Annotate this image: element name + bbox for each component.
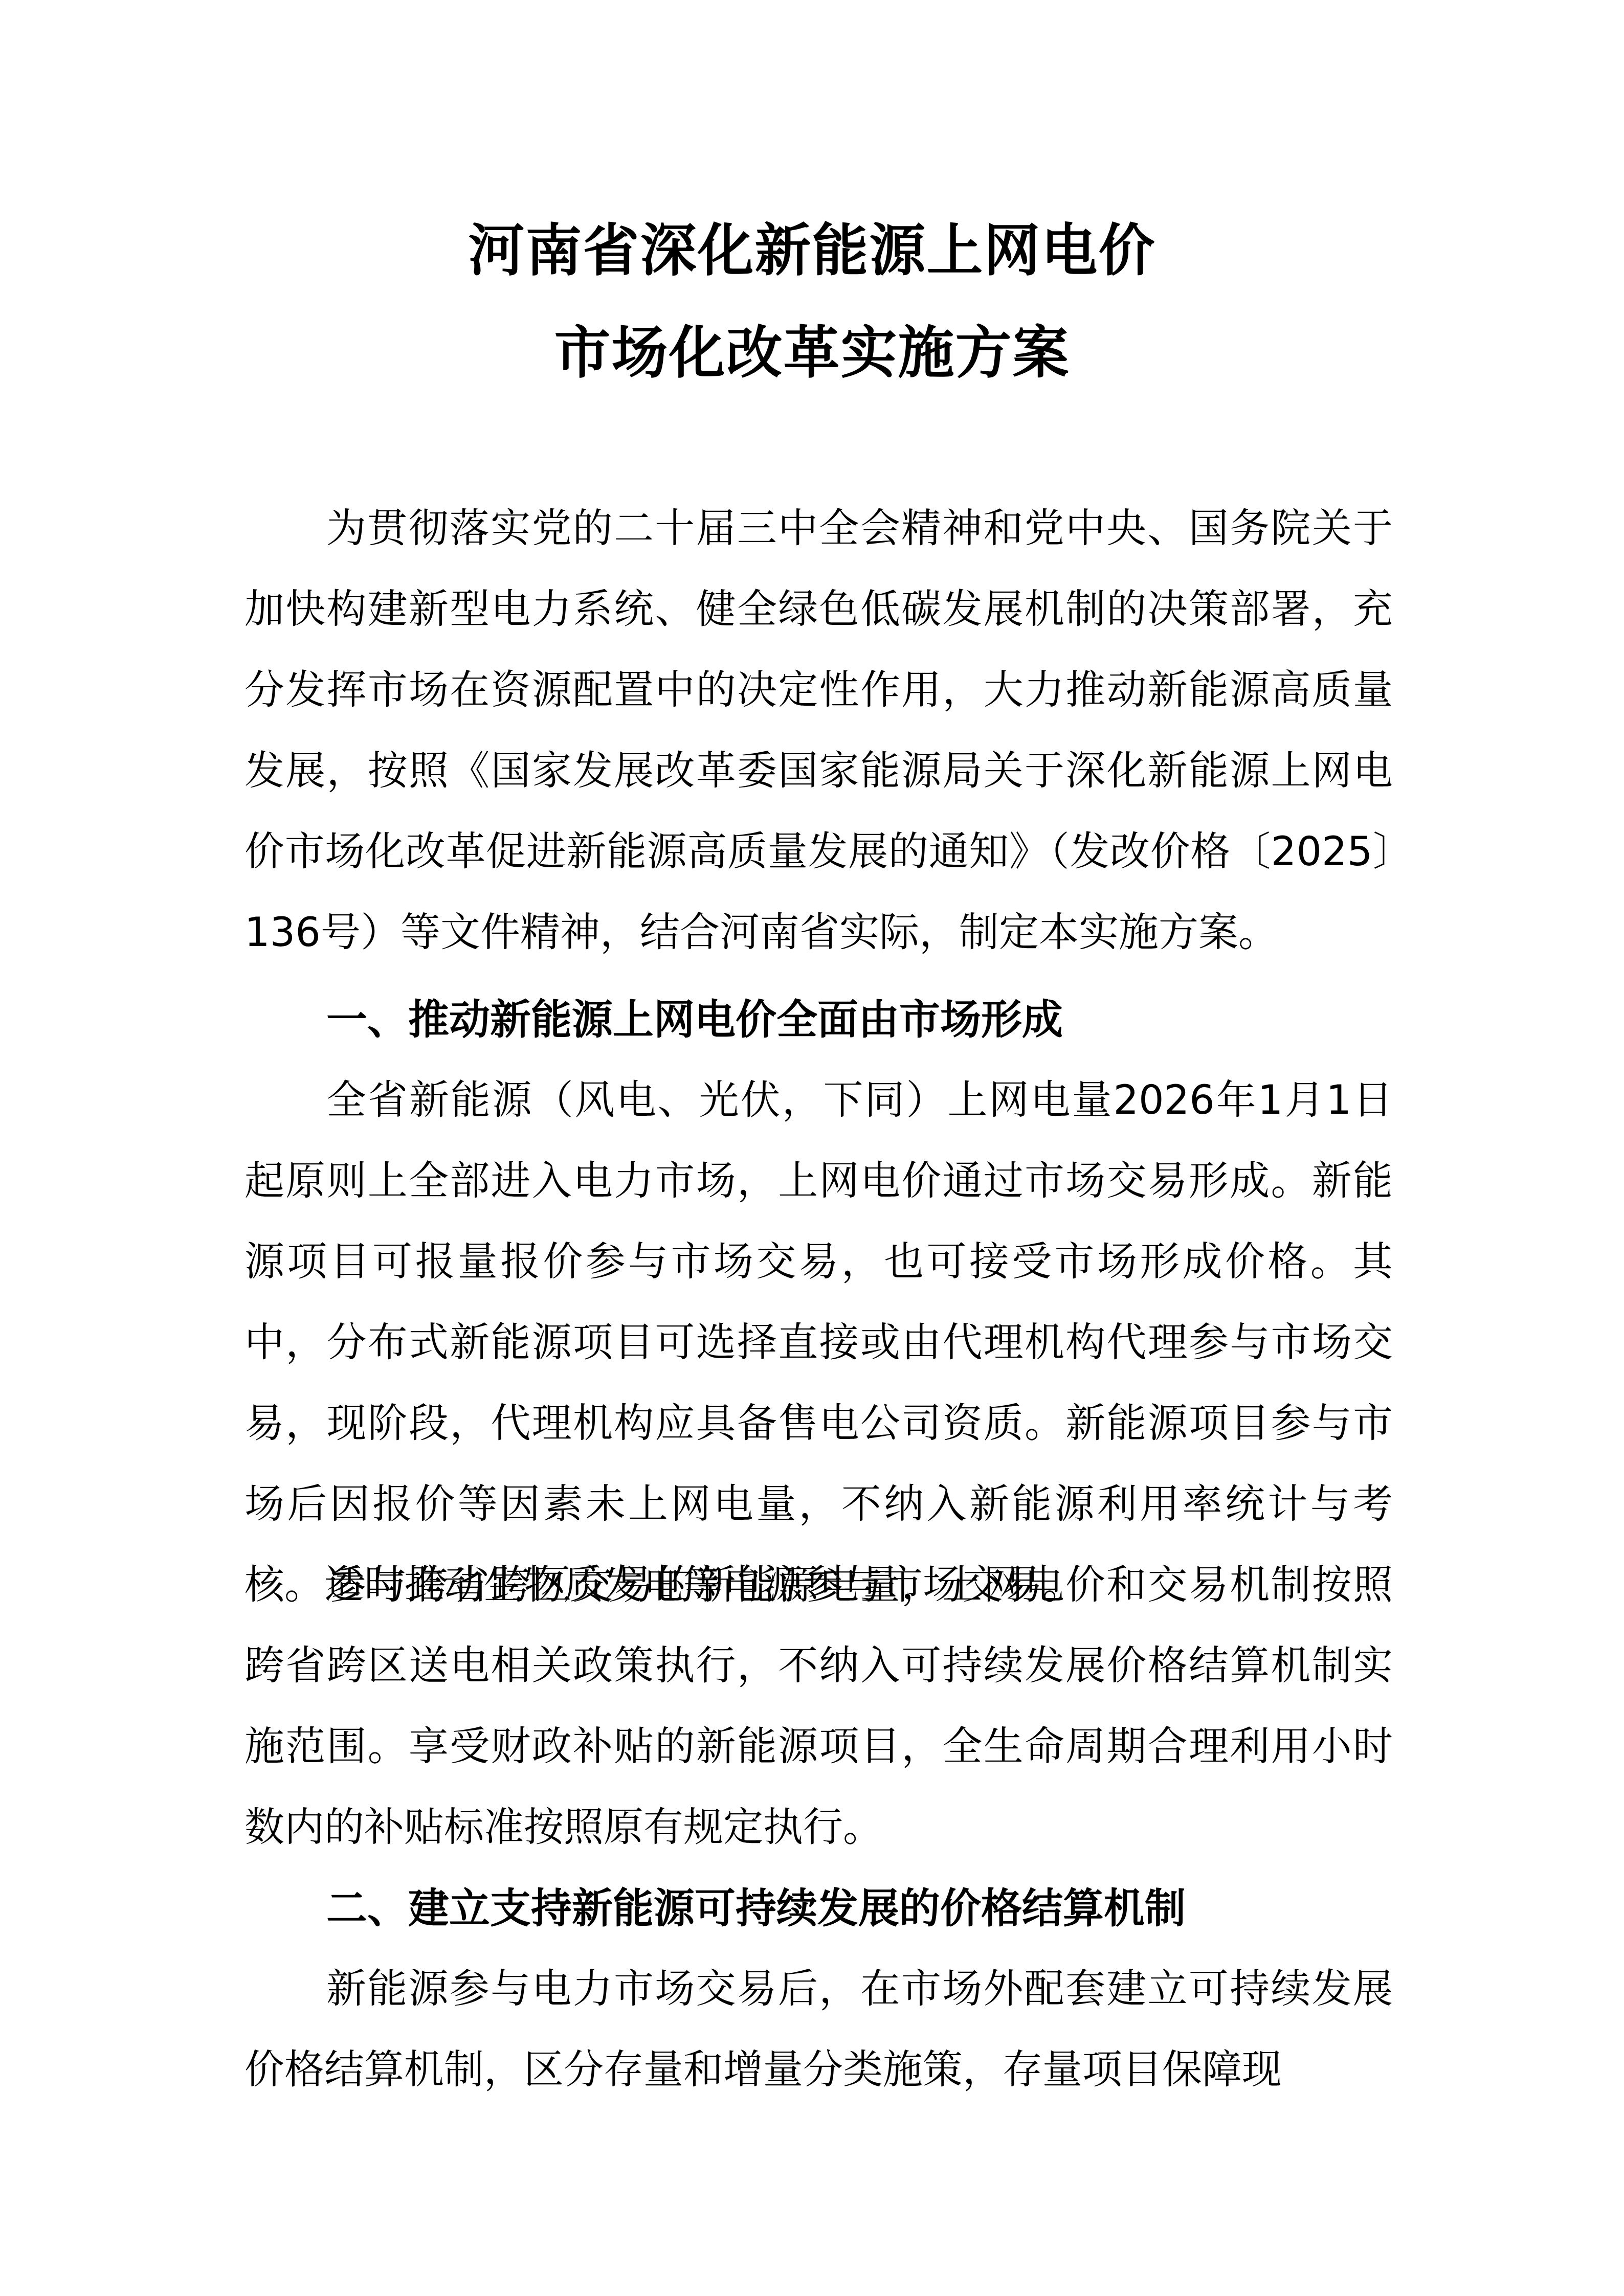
document-title-line-2: 市场化改革实施方案 xyxy=(0,320,1624,386)
section-1-paragraph-2-block: 参与跨省跨区交易的新能源电量，上网电价和交易机制按照跨省跨区送电相关政策执行，不… xyxy=(244,1545,1393,1868)
intro-paragraph-block: 为贯彻落实党的二十届三中全会精神和党中央、国务院关于加快构建新型电力系统、健全绿… xyxy=(244,488,1393,973)
document-page: 河南省深化新能源上网电价 市场化改革实施方案 为贯彻落实党的二十届三中全会精神和… xyxy=(0,0,1624,2296)
document-title-line-1: 河南省深化新能源上网电价 xyxy=(0,217,1624,284)
section-2-heading: 二、建立支持新能源可持续发展的价格结算机制 xyxy=(244,1868,1393,1949)
section-1-paragraph-2: 参与跨省跨区交易的新能源电量，上网电价和交易机制按照跨省跨区送电相关政策执行，不… xyxy=(244,1545,1393,1868)
section-2-paragraph-1-block: 新能源参与电力市场交易后，在市场外配套建立可持续发展价格结算机制，区分存量和增量… xyxy=(244,1949,1393,2110)
section-2-paragraph-1: 新能源参与电力市场交易后，在市场外配套建立可持续发展价格结算机制，区分存量和增量… xyxy=(244,1949,1393,2110)
section-1-paragraph-1-block: 全省新能源（风电、光伏，下同）上网电量2026年1月1日起原则上全部进入电力市场… xyxy=(244,1060,1393,1626)
intro-paragraph: 为贯彻落实党的二十届三中全会精神和党中央、国务院关于加快构建新型电力系统、健全绿… xyxy=(244,488,1393,973)
section-2-heading-block: 二、建立支持新能源可持续发展的价格结算机制 xyxy=(244,1868,1393,1949)
section-1-heading-block: 一、推动新能源上网电价全面由市场形成 xyxy=(244,979,1393,1060)
section-1-paragraph-1: 全省新能源（风电、光伏，下同）上网电量2026年1月1日起原则上全部进入电力市场… xyxy=(244,1060,1393,1626)
section-1-heading: 一、推动新能源上网电价全面由市场形成 xyxy=(244,979,1393,1060)
